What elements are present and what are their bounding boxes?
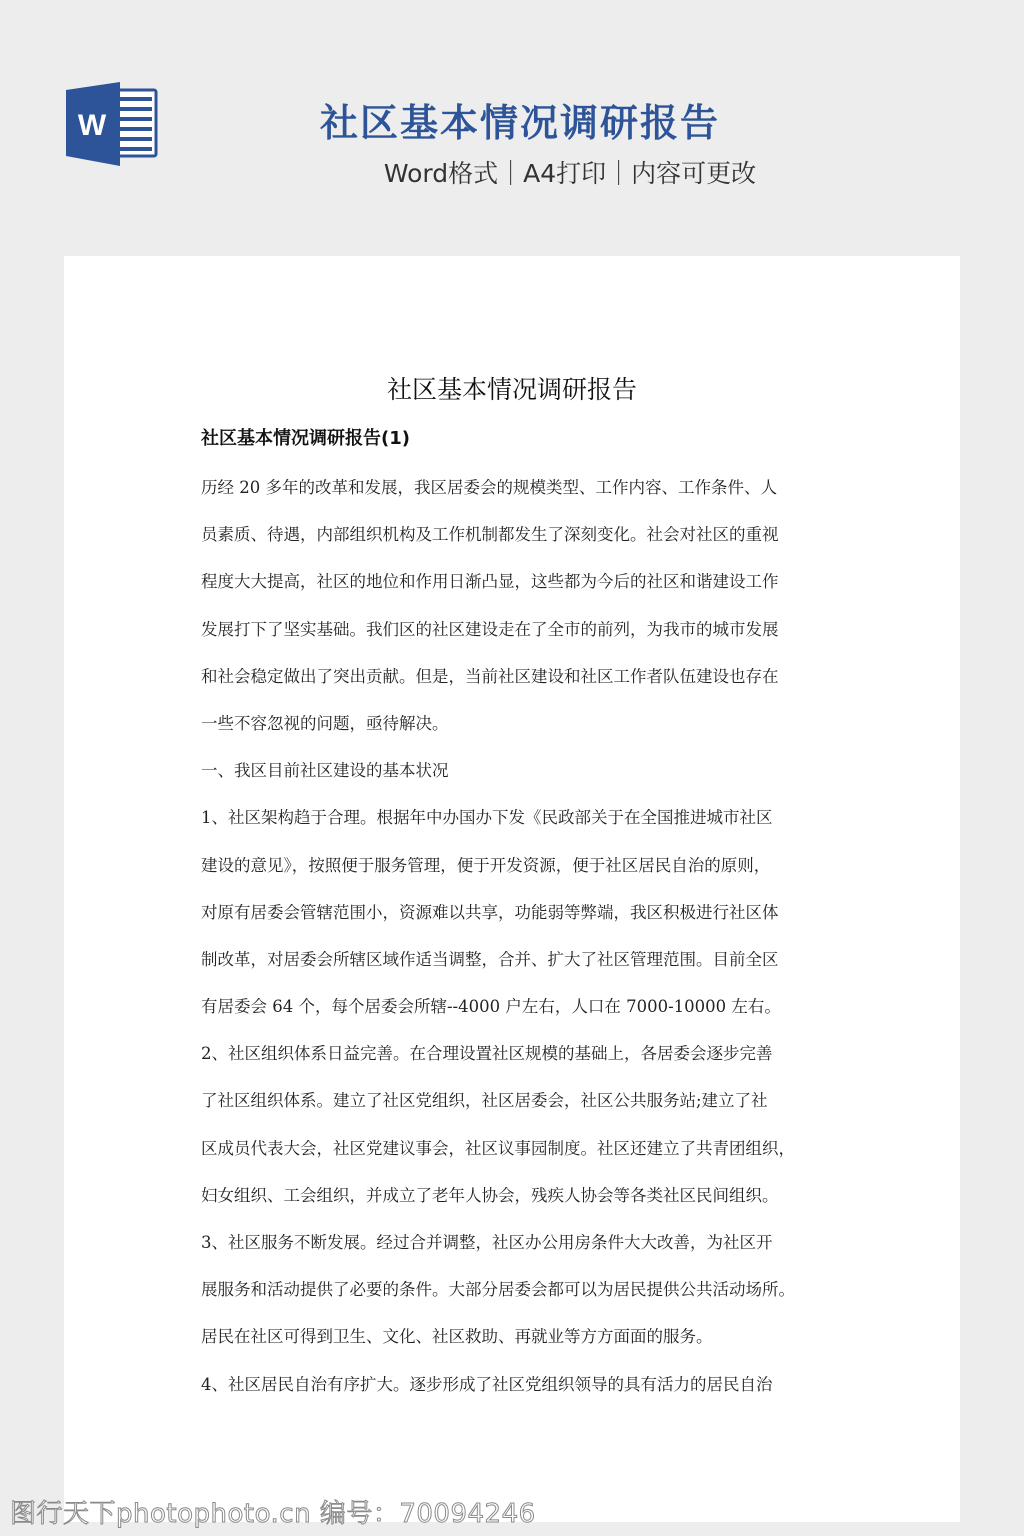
text-line: 展服务和活动提供了必要的条件。大部分居委会都可以为居民提供公共活动场所。 [201,1266,841,1313]
text-line: 制改革，对居委会所辖区域作适当调整，合并、扩大了社区管理范围。目前全区 [201,936,841,983]
document-subtitle: 社区基本情况调研报告(1) [201,424,410,450]
text-line: 历经 20 多年的改革和发展，我区居委会的规模类型、工作内容、工作条件、人 [201,464,841,511]
text-line: 妇女组织、工会组织，并成立了老年人协会，残疾人协会等各类社区民间组织。 [201,1172,841,1219]
text-line: 3、社区服务不断发展。经过合并调整，社区办公用房条件大大改善，为社区开 [201,1219,841,1266]
document-title: 社区基本情况调研报告 [64,370,960,406]
text-line: 建设的意见》，按照便于服务管理，便于开发资源，便于社区居民自治的原则， [201,842,841,889]
text-line: 居民在社区可得到卫生、文化、社区救助、再就业等方方面面的服务。 [201,1313,841,1360]
text-line: 对原有居委会管辖范围小，资源难以共享，功能弱等弊端，我区积极进行社区体 [201,889,841,936]
text-line: 区成员代表大会，社区党建议事会，社区议事园制度。社区还建立了共青团组织， [201,1125,841,1172]
text-line: 一些不容忽视的问题，亟待解决。 [201,700,841,747]
header-subtitle: Word格式｜A4打印｜内容可更改 [116,154,1024,190]
text-line: 1、社区架构趋于合理。根据年中办国办下发《民政部关于在全国推进城市社区 [201,794,841,841]
document-page: 社区基本情况调研报告 社区基本情况调研报告(1) 历经 20 多年的改革和发展，… [64,256,960,1522]
text-line: 2、社区组织体系日益完善。在合理设置社区规模的基础上，各居委会逐步完善 [201,1030,841,1077]
text-line: 员素质、待遇，内部组织机构及工作机制都发生了深刻变化。社会对社区的重视 [201,511,841,558]
document-body: 历经 20 多年的改革和发展，我区居委会的规模类型、工作内容、工作条件、人 员素… [201,464,841,1408]
header-title: 社区基本情况调研报告 [16,92,1024,147]
text-line: 和社会稳定做出了突出贡献。但是，当前社区建设和社区工作者队伍建设也存在 [201,653,841,700]
text-line: 4、社区居民自治有序扩大。逐步形成了社区党组织领导的具有活力的居民自治 [201,1361,841,1408]
text-line: 程度大大提高，社区的地位和作用日渐凸显，这些都为今后的社区和谐建设工作 [201,558,841,605]
section-heading: 一、我区目前社区建设的基本状况 [201,747,841,794]
text-line: 发展打下了坚实基础。我们区的社区建设走在了全市的前列，为我市的城市发展 [201,606,841,653]
text-line: 了社区组织体系。建立了社区党组织，社区居委会，社区公共服务站;建立了社 [201,1077,841,1124]
text-line: 有居委会 64 个，每个居委会所辖--4000 户左右，人口在 7000-100… [201,983,841,1030]
header: W 社区基本情况调研报告 Word格式｜A4打印｜内容可更改 [0,0,1024,256]
watermark: 图行天下photophoto.cn 编号：70094246 [10,1493,536,1530]
